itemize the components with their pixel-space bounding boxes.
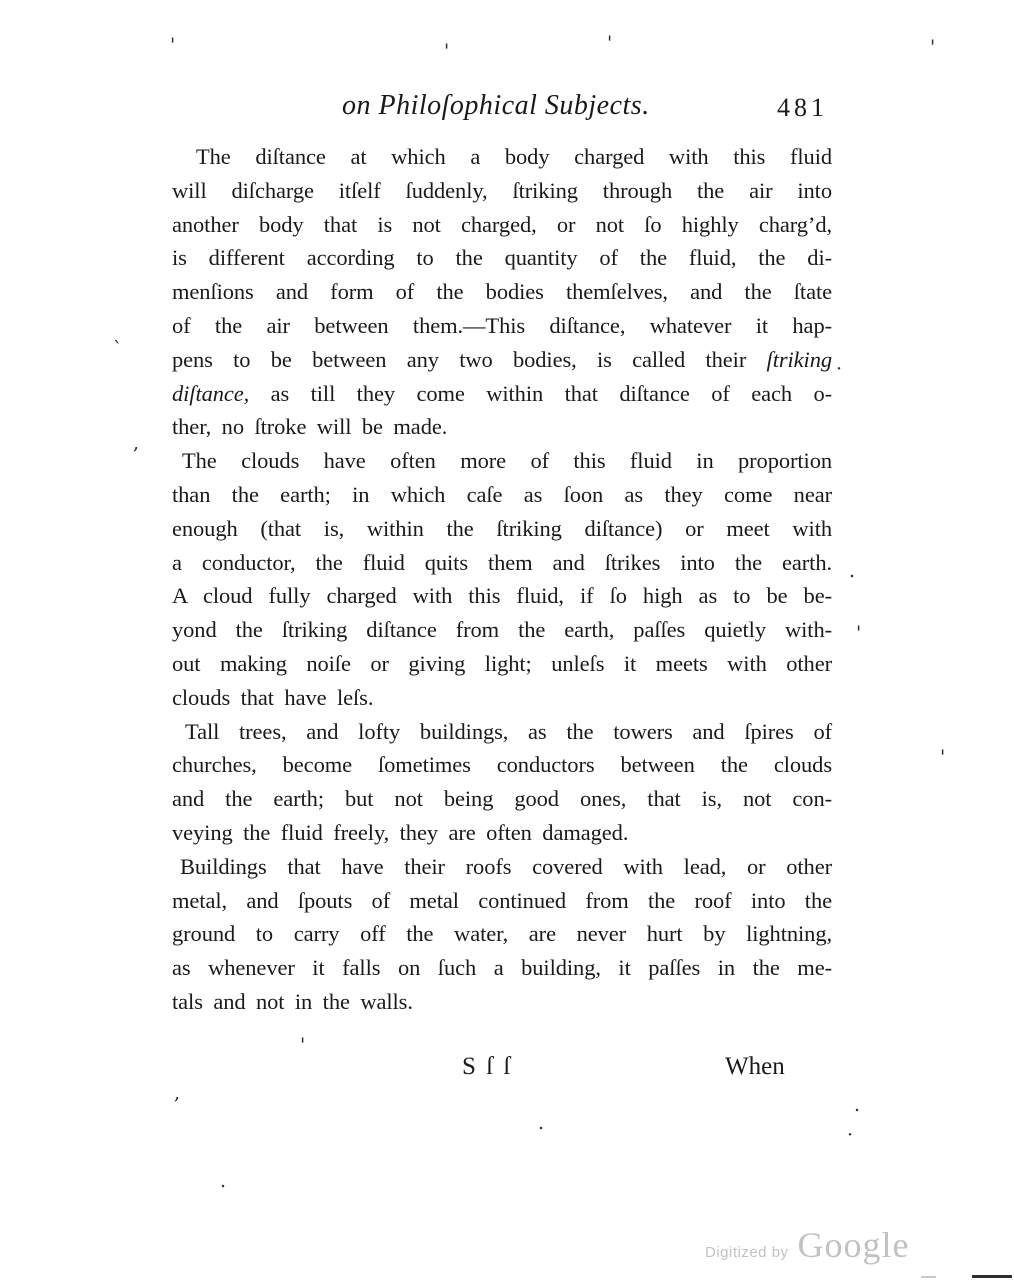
text-line: metal, and ſpouts of metal continued fro… — [172, 884, 832, 918]
text-line: churches, become ſometimes conductors be… — [172, 748, 832, 782]
scan-speck: ' — [930, 38, 935, 57]
text-line: as whenever it falls on ſuch a building,… — [172, 951, 832, 985]
paragraph: The diſtance at which a body charged wit… — [172, 140, 832, 444]
text-line: ther, no ſtroke will be made. — [172, 410, 832, 444]
scanned-book-page: on Philoſophical Subjects. 481 The diſta… — [0, 0, 1014, 1282]
text-line: than the earth; in which caſe as ſoon as… — [172, 478, 832, 512]
paragraph: The clouds have often more of this fluid… — [172, 444, 832, 714]
scan-speck: , — [133, 434, 139, 453]
text-line: of the air between them.—This diſtance, … — [172, 309, 832, 343]
scan-speck: ' — [856, 624, 861, 643]
scan-speck: ' — [940, 748, 945, 767]
catchword: When — [725, 1053, 785, 1081]
scan-speck: · — [836, 360, 842, 379]
scan-edge-mark-faint — [921, 1276, 936, 1278]
text-line: Tall trees, and lofty buildings, as the … — [172, 715, 832, 749]
scan-speck: . — [849, 562, 855, 581]
google-logo: Google — [798, 1224, 910, 1266]
body-text: The diſtance at which a body charged wit… — [172, 140, 832, 1019]
text-line: clouds that have leſs. — [172, 681, 832, 715]
footer-line: S ſ ſ When — [172, 1053, 832, 1089]
scan-speck: · — [847, 1126, 853, 1145]
page-header: on Philoſophical Subjects. 481 — [172, 90, 832, 132]
text-line: will diſcharge itſelf ſuddenly, ſtriking… — [172, 174, 832, 208]
text-line: enough (that is, within the ſtriking diſ… — [172, 512, 832, 546]
text-line: another body that is not charged, or not… — [172, 208, 832, 242]
google-watermark: Digitized by Google — [705, 1224, 910, 1266]
text-line: veying the fluid freely, they are often … — [172, 816, 832, 850]
text-line: Buildings that have their roofs covered … — [172, 850, 832, 884]
scan-edge-mark — [972, 1275, 1012, 1278]
text-line: yond the ſtriking diſtance from the eart… — [172, 613, 832, 647]
scan-speck: . — [538, 1114, 544, 1133]
page-number: 481 — [777, 93, 828, 123]
digitized-by-label: Digitized by — [705, 1244, 789, 1261]
text-line: out making noiſe or giving light; unleſs… — [172, 647, 832, 681]
text-line: is different according to the quantity o… — [172, 241, 832, 275]
text-line: tals and not in the walls. — [172, 985, 832, 1019]
scan-speck: . — [220, 1172, 226, 1191]
scan-speck: ' — [607, 34, 612, 53]
text-line: The clouds have often more of this fluid… — [172, 444, 832, 478]
text-line: menſions and form of the bodies themſelv… — [172, 275, 832, 309]
text-line: A cloud fully charged with this fluid, i… — [172, 579, 832, 613]
text-line: pens to be between any two bodies, is ca… — [172, 343, 832, 377]
text-line: ground to carry off the water, are never… — [172, 917, 832, 951]
scan-speck: ' — [444, 42, 449, 61]
paragraph: Tall trees, and lofty buildings, as the … — [172, 715, 832, 850]
running-title: on Philoſophical Subjects. — [342, 90, 650, 122]
text-line: diſtance, as till they come within that … — [172, 377, 832, 411]
text-line: a conductor, the fluid quits them and ſt… — [172, 546, 832, 580]
scan-speck: ' — [170, 36, 175, 55]
paragraph: Buildings that have their roofs covered … — [172, 850, 832, 1019]
scan-speck: ` — [113, 340, 123, 359]
signature-mark: S ſ ſ — [462, 1053, 512, 1081]
text-line: The diſtance at which a body charged wit… — [172, 140, 832, 174]
scan-speck: . — [854, 1096, 860, 1115]
text-line: and the earth; but not being good ones, … — [172, 782, 832, 816]
